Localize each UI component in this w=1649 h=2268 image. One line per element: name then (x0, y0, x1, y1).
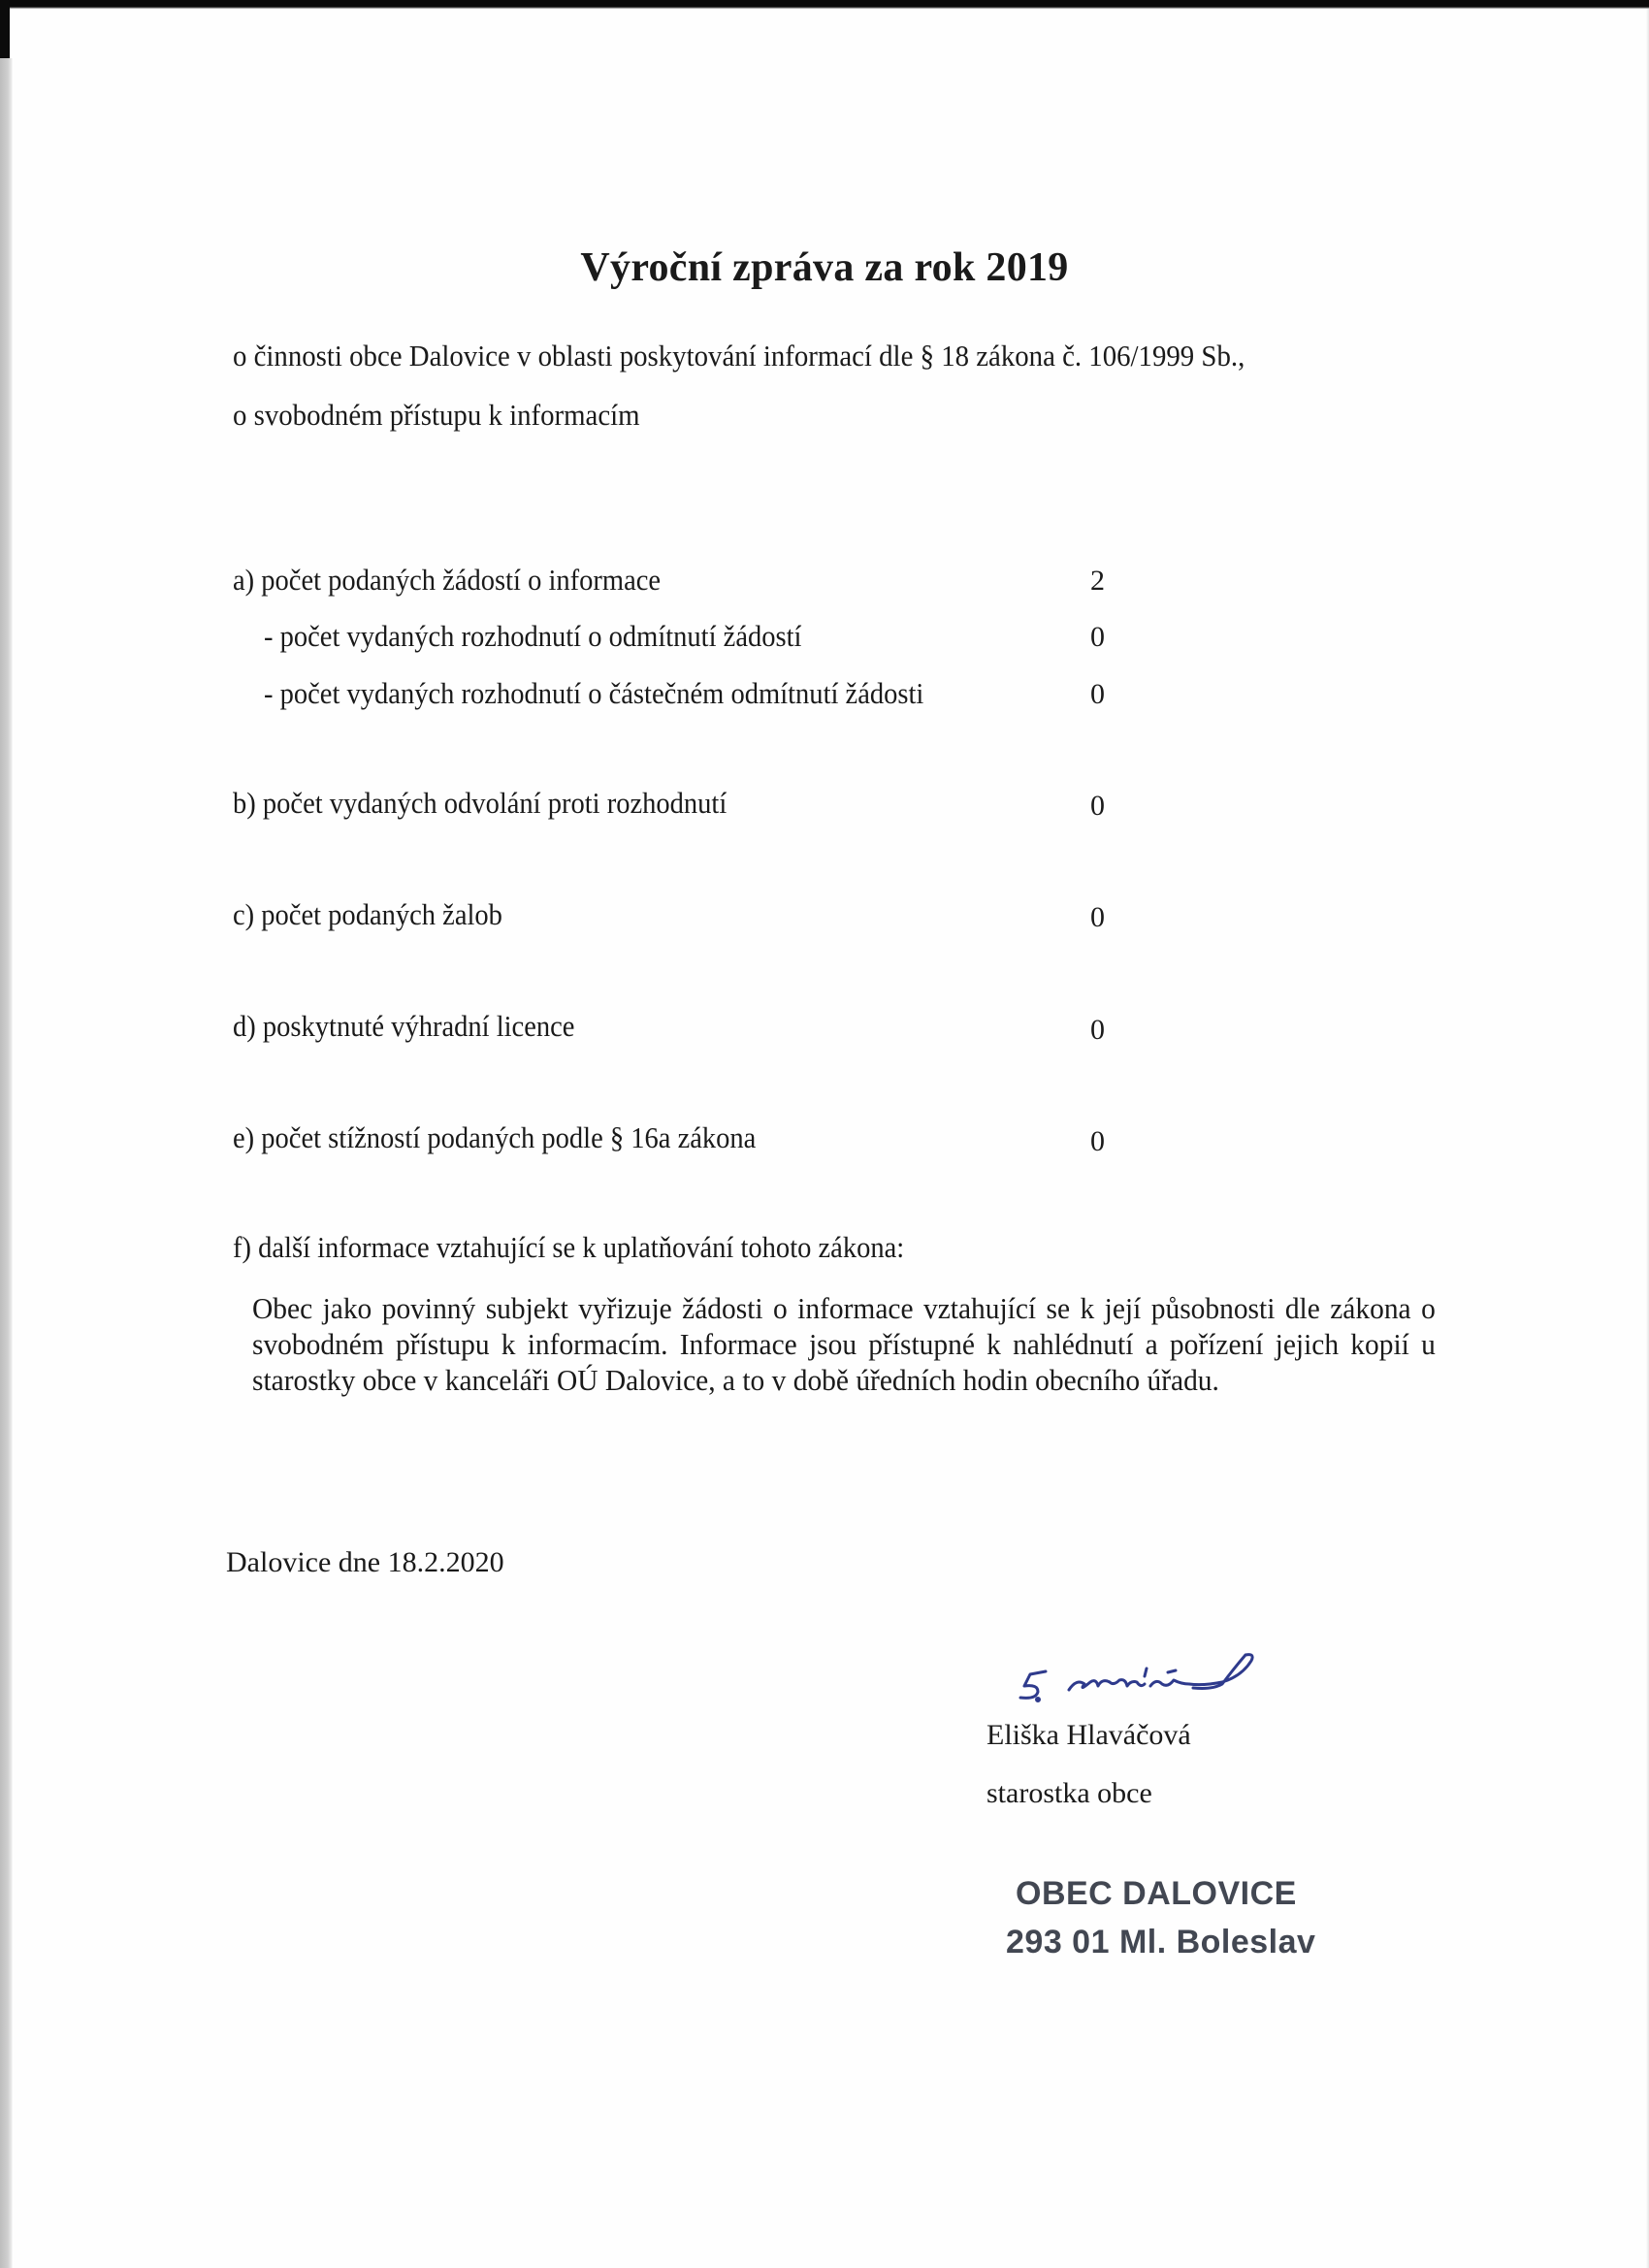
item-d-value: 0 (1090, 1014, 1105, 1047)
section-f-heading: f) další informace vztahující se k uplat… (233, 1230, 904, 1265)
item-a1-label: - počet vydaných rozhodnutí o odmítnutí … (264, 619, 801, 654)
scan-border-left-block (0, 0, 10, 58)
scan-border-top (0, 0, 1649, 9)
intro-line-2: o svobodném přístupu k informacím (233, 398, 640, 433)
section-f-paragraph: Obec jako povinný subjekt vyřizuje žádos… (252, 1290, 1436, 1398)
item-c-label: c) počet podaných žalob (233, 897, 502, 932)
scan-border-left (0, 58, 13, 2268)
stamp-line-2: 293 01 Ml. Boleslav (1006, 1924, 1315, 1961)
item-a1-value: 0 (1090, 621, 1105, 654)
date-line: Dalovice dne 18.2.2020 (226, 1546, 504, 1579)
intro-line-1: o činnosti obce Dalovice v oblasti posky… (233, 339, 1245, 373)
item-e-value: 0 (1090, 1125, 1105, 1158)
signatory-name: Eliška Hlaváčová (986, 1719, 1191, 1752)
item-b-label: b) počet vydaných odvolání proti rozhodn… (233, 786, 727, 821)
item-a2-label: - počet vydaných rozhodnutí o částečném … (264, 676, 923, 711)
item-d-label: d) poskytnuté výhradní licence (233, 1009, 574, 1044)
signatory-role: starostka obce (986, 1777, 1152, 1810)
item-b-value: 0 (1090, 790, 1105, 823)
item-a2-value: 0 (1090, 678, 1105, 711)
stamp-line-1: OBEC DALOVICE (1016, 1875, 1297, 1913)
item-e-label: e) počet stížností podaných podle § 16a … (233, 1120, 756, 1155)
item-a-label: a) počet podaných žádostí o informace (233, 563, 661, 598)
item-a-value: 2 (1090, 565, 1105, 598)
document-title: Výroční zpráva za rok 2019 (0, 244, 1649, 291)
item-c-value: 0 (1090, 901, 1105, 934)
handwritten-signature-icon (1009, 1639, 1280, 1717)
